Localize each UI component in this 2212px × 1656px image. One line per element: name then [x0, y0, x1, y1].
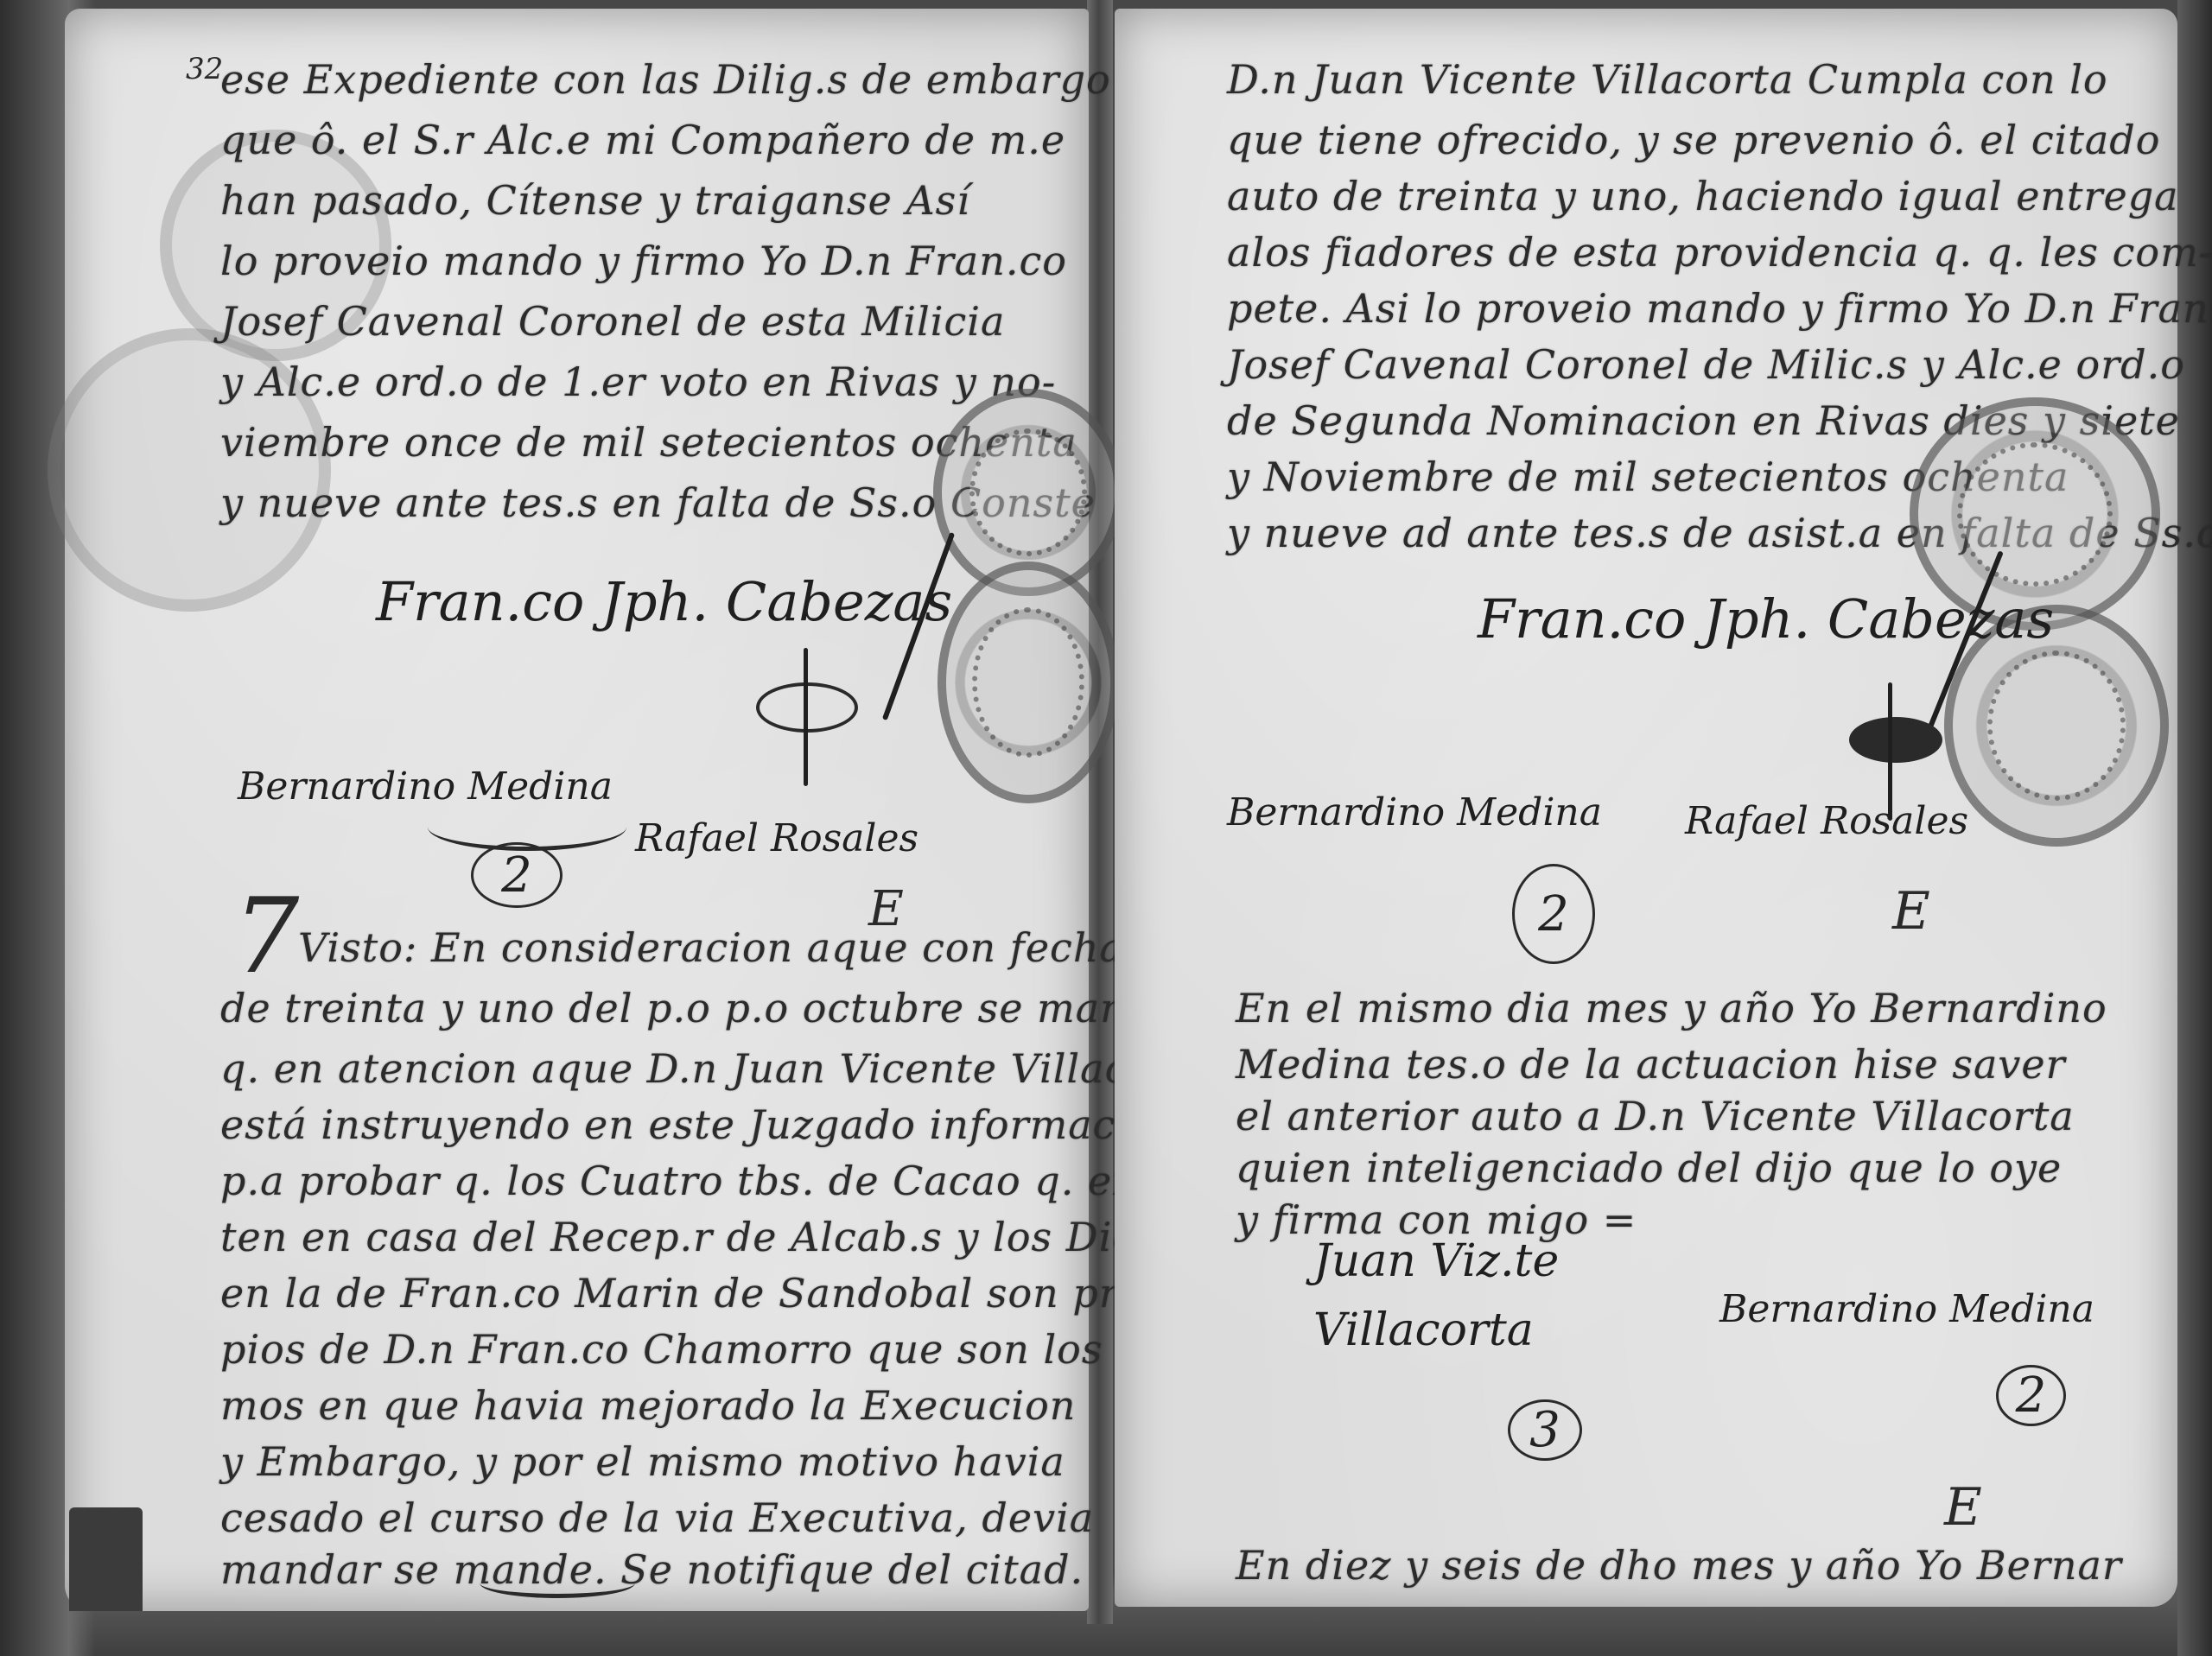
signature-medina: Bernardino Medina — [1227, 790, 1602, 834]
signature-medina-second: Bernardino Medina — [1719, 1287, 2094, 1331]
signature-rosales: Rafael Rosales — [635, 816, 918, 860]
right-page: D.n Juan Vicente Villacorta Cumpla con l… — [1115, 9, 2177, 1607]
text-line: quien inteligenciado del dijo que lo oye — [1236, 1145, 2062, 1191]
text-line: de treinta y uno del p.o p.o octubre se … — [220, 985, 1178, 1031]
text-line: Josef Cavenal Coronel de Milic.s y Alc.e… — [1227, 341, 2185, 388]
text-line: p.a probar q. los Cuatro tbs. de Cacao q… — [220, 1158, 1185, 1204]
signature-cabezas: Fran.co Jph. Cabezas — [376, 570, 952, 633]
signature-medina: Bernardino Medina — [238, 765, 613, 809]
text-line: Josef Cavenal Coronel de esta Milicia — [220, 298, 1005, 345]
signature-villacorta-line1: Juan Viz.te — [1313, 1235, 1559, 1287]
rubric-icon — [1849, 717, 1942, 763]
text-line: pios de D.n Fran.co Chamorro que son los… — [220, 1326, 1205, 1373]
text-line: q. en atencion aque D.n Juan Vicente Vil… — [220, 1045, 1214, 1092]
text-line: está instruyendo en este Juzgado informa… — [220, 1101, 1180, 1148]
text-line: en la de Fran.co Marin de Sandobal son p… — [220, 1270, 1158, 1317]
text-line: ese Expediente con las Dilig.s de embarg… — [220, 56, 1111, 103]
paragraph-initial: 7 — [233, 877, 299, 997]
text-line: D.n Juan Vicente Villacorta Cumpla con l… — [1227, 56, 2108, 103]
left-page: 32 ese Expediente con las Dilig.s de emb… — [65, 9, 1089, 1611]
text-line: y Embargo, y por el mismo motivo havia — [220, 1438, 1065, 1485]
circled-mark: 2 — [1996, 1365, 2066, 1426]
circled-mark: 2 — [1512, 864, 1595, 964]
text-line: alos fiadores de esta providencia q. q. … — [1227, 229, 2212, 276]
text-line: han pasado, Cítense y traiganse Así — [220, 177, 970, 224]
folio-mark: 32 — [186, 52, 223, 86]
book-gutter — [1087, 0, 1113, 1624]
text-line: cesado el curso de la via Executiva, dev… — [220, 1494, 1094, 1541]
page-clip-shadow — [69, 1507, 143, 1611]
side-mark: E — [1944, 1477, 1982, 1538]
scanned-manuscript: 32 ese Expediente con las Dilig.s de emb… — [0, 0, 2212, 1656]
text-line: mandar se mande. Se notifique del citad. — [220, 1546, 1084, 1593]
text-line: que ô. el S.r Alc.e mi Compañero de m.e — [220, 117, 1065, 163]
text-line: que tiene ofrecido, y se prevenio ô. el … — [1227, 117, 2160, 163]
side-mark: E — [1892, 881, 1930, 942]
text-line: el anterior auto a D.n Vicente Villacort… — [1236, 1093, 2075, 1139]
text-line: auto de treinta y uno, haciendo igual en… — [1227, 173, 2179, 219]
signature-rosales: Rafael Rosales — [1685, 799, 1968, 843]
circled-mark: 2 — [471, 842, 563, 908]
signature-villacorta-line2: Villacorta — [1313, 1304, 1534, 1356]
text-line: Medina tes.o de la actuacion hise saver — [1236, 1041, 2066, 1088]
text-line: En diez y seis de dho mes y año Yo Berna… — [1236, 1542, 2122, 1589]
text-line: En el mismo dia mes y año Yo Bernardino — [1236, 985, 2107, 1031]
text-line: lo proveio mando y firmo Yo D.n Fran.co — [220, 238, 1067, 284]
text-line: Visto: En consideracion aque con fecha — [298, 924, 1124, 971]
text-line: pete. Asi lo proveio mando y firmo Yo D.… — [1227, 285, 2212, 332]
circled-mark: 3 — [1508, 1399, 1582, 1461]
rubric-stroke — [804, 648, 808, 786]
closing-flourish — [480, 1568, 635, 1598]
notary-seal-icon — [938, 562, 1119, 803]
text-line: y Alc.e ord.o de 1.er voto en Rivas y no… — [220, 358, 1056, 405]
text-line: mos en que havia mejorado la Execucion — [220, 1382, 1076, 1429]
